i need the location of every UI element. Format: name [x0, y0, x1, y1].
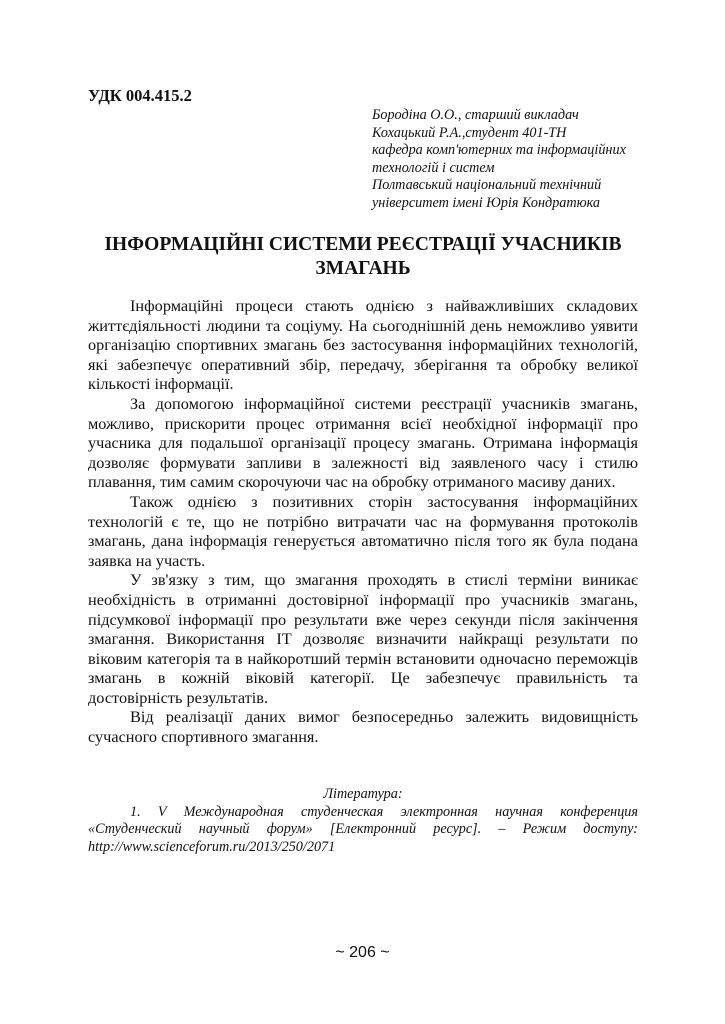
- author-line: Полтавський національний технічний: [372, 177, 672, 195]
- body-text: Інформаційні процеси стають однією з най…: [88, 296, 638, 747]
- paragraph: Інформаційні процеси стають однією з най…: [88, 296, 638, 394]
- author-line: університет імені Юрія Кондратюка: [372, 195, 672, 213]
- paper-title: ІНФОРМАЦІЙНІ СИСТЕМИ РЕЄСТРАЦІЇ УЧАСНИКІ…: [88, 233, 638, 281]
- reference-item: 1. V Международная студенческая электрон…: [88, 804, 638, 857]
- title-line-2: ЗМАГАНЬ: [88, 257, 638, 281]
- title-line-1: ІНФОРМАЦІЙНІ СИСТЕМИ РЕЄСТРАЦІЇ УЧАСНИКІ…: [88, 233, 638, 257]
- author-line: кафедра комп'ютерних та інформаційних: [372, 142, 672, 160]
- paragraph: За допомогою інформаційної системи реєст…: [88, 394, 638, 492]
- page-number: ~ 206 ~: [0, 943, 725, 963]
- references-heading: Література:: [88, 786, 638, 804]
- author-block: Бородіна О.О., старший викладач Кохацьки…: [372, 107, 672, 212]
- author-line: Кохацький Р.А.,студент 401-ТН: [372, 125, 672, 143]
- paragraph: Від реалізації даних вимог безпосередньо…: [88, 707, 638, 746]
- paragraph: У зв'язку з тим, що змагання проходять в…: [88, 570, 638, 707]
- author-line: технологій і систем: [372, 160, 672, 178]
- author-line: Бородіна О.О., старший викладач: [372, 107, 672, 125]
- paragraph: Також однією з позитивних сторін застосу…: [88, 492, 638, 570]
- references-section: Література: 1. V Международная студенчес…: [88, 786, 638, 856]
- udk-code: УДК 004.415.2: [88, 86, 192, 106]
